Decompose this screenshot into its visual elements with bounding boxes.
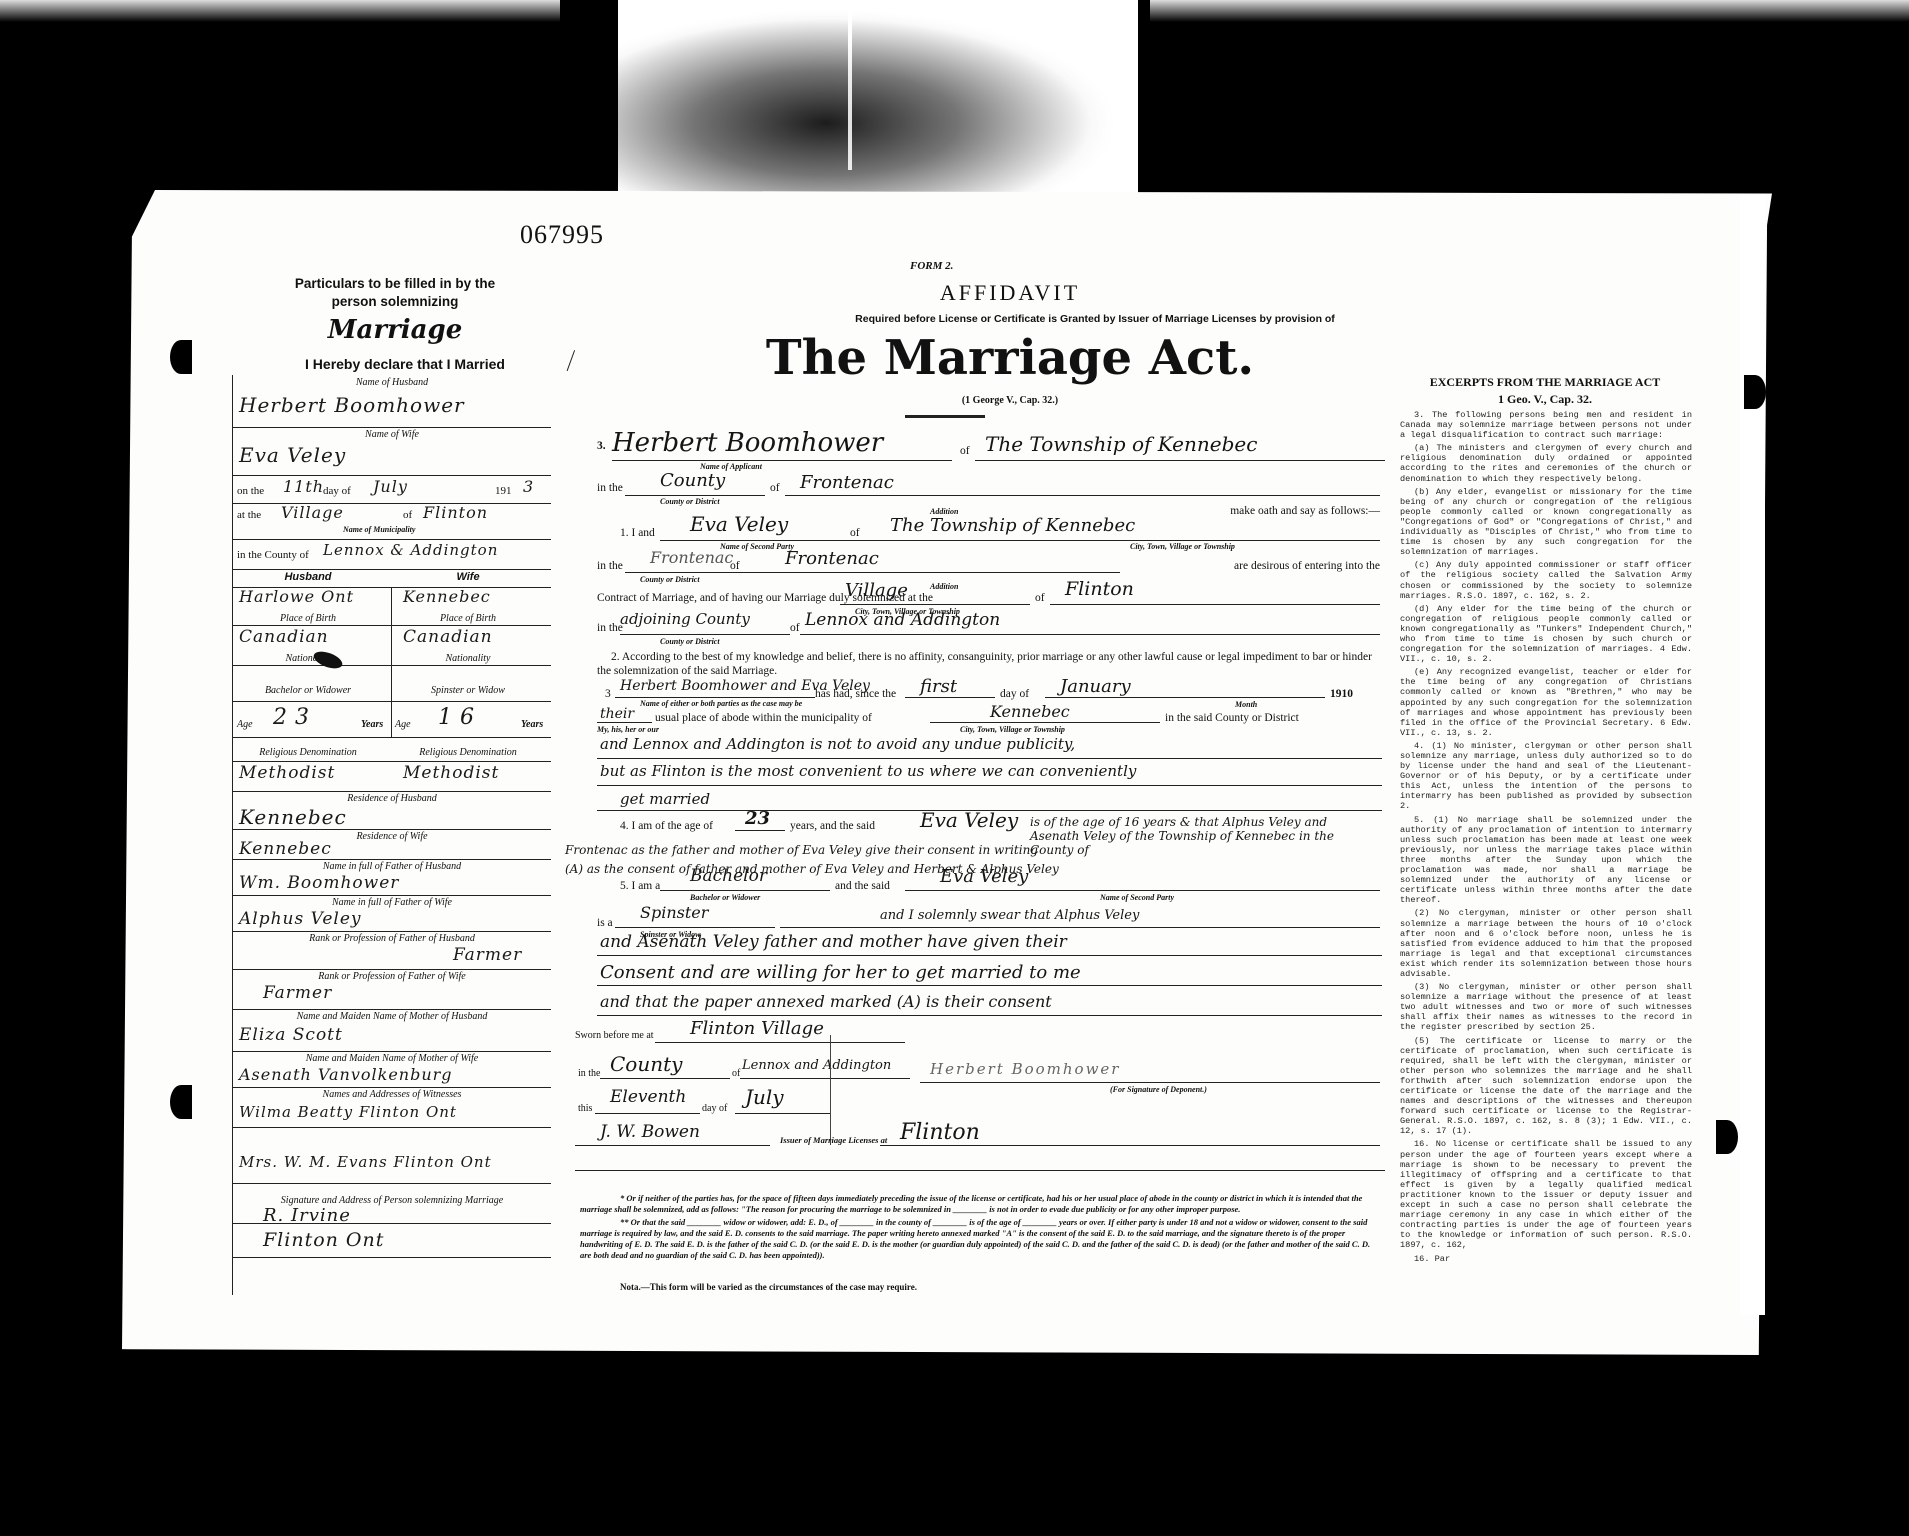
field-label: day of xyxy=(323,485,351,497)
husband-name-value: Herbert Boomhower xyxy=(239,393,465,417)
excerpt-paragraph: 16. Par xyxy=(1400,1254,1692,1264)
field-caption: County or District xyxy=(660,637,720,646)
paragraph-5-lead: 5. I am a xyxy=(620,880,660,892)
scan-edge-top-left xyxy=(0,0,560,22)
paragraph-4-lead: 4. I am of the age of xyxy=(620,820,713,832)
field-line xyxy=(597,758,1382,759)
field-label: years, and the said xyxy=(790,820,875,832)
act-title: The Marriage Act. xyxy=(700,330,1320,386)
scan-edge-top-right xyxy=(1150,0,1909,22)
field-line xyxy=(597,722,652,723)
field-label: Name of Municipality xyxy=(343,525,415,534)
field-line xyxy=(975,460,1385,461)
field-label: of xyxy=(403,509,412,521)
sworn-county-type: County xyxy=(610,1052,682,1076)
paragraph-3-pronoun: their xyxy=(600,706,634,722)
solemnize-place-type: Village xyxy=(845,580,908,601)
father-husband-row: Name in full of Father of Husband Wm. Bo… xyxy=(233,859,551,896)
deponent-signature: Herbert Boomhower xyxy=(930,1060,1120,1078)
applicant-township: The Township of Kennebec xyxy=(985,432,1257,456)
applicant-name: Herbert Boomhower xyxy=(612,428,883,458)
year-value: 3 xyxy=(523,477,534,496)
declaration: I Hereby declare that I Married xyxy=(240,356,570,372)
residence-wife-row: Residence of Wife Kennebec xyxy=(233,829,551,860)
solemnize-place: Flinton xyxy=(1065,578,1134,600)
sworn-box-divider xyxy=(830,1035,831,1145)
field-label: on the xyxy=(237,485,264,497)
paragraph-3-month: January xyxy=(1060,676,1131,697)
field-label: day of xyxy=(1000,688,1029,700)
date-row: on the 11th day of July 191 3 xyxy=(233,475,551,504)
field-line xyxy=(870,540,1380,541)
wife-name-row: Name of Wife Eva Veley xyxy=(233,427,551,476)
bachelor-label: Bachelor or Widower xyxy=(233,685,383,696)
field-label: Place of Birth xyxy=(233,613,383,624)
place-type-value: Village xyxy=(281,503,344,522)
residence-wife-value: Kennebec xyxy=(239,839,332,859)
field-label: Religious Denomination xyxy=(233,747,383,758)
field-caption: Issuer of Marriage Licenses at xyxy=(780,1135,887,1145)
field-line xyxy=(930,722,1160,723)
section-rule xyxy=(575,1170,1385,1171)
field-line xyxy=(620,634,790,635)
witness-1-row: Names and Addresses of Witnesses Wilma B… xyxy=(233,1087,551,1128)
field-label: in the xyxy=(597,482,623,494)
field-line xyxy=(597,1015,1382,1016)
field-label: Age xyxy=(237,719,253,730)
paragraph-5-handwritten-3: Consent and are willing for her to get m… xyxy=(600,962,1081,983)
field-label: in the xyxy=(597,622,623,634)
field-line xyxy=(735,830,785,831)
father-wife-row: Name in full of Father of Wife Alphus Ve… xyxy=(233,895,551,932)
field-caption: My, his, her or our xyxy=(597,725,659,734)
field-label: Names and Addresses of Witnesses xyxy=(233,1089,551,1100)
paragraph-5-name: Eva Veley xyxy=(940,866,1028,887)
paragraph-3-reason-line-3: get married xyxy=(620,790,710,808)
act-citation: (1 George V., Cap. 32.) xyxy=(880,395,1140,406)
witness-2-value: Mrs. W. M. Evans Flinton Ont xyxy=(239,1153,492,1171)
husband-nationality-value: Canadian xyxy=(239,627,329,647)
field-line xyxy=(595,1113,700,1114)
religion-row: Methodist Methodist xyxy=(233,761,551,792)
field-caption: County or District xyxy=(660,497,720,506)
field-caption: Month xyxy=(1235,700,1257,709)
footnote-1: * Or if neither of the parties has, for … xyxy=(580,1193,1380,1215)
field-line xyxy=(597,955,1382,956)
overlapping-document-fragment xyxy=(618,0,1138,205)
field-label: Religious Denomination xyxy=(393,747,543,758)
excerpt-paragraph: (5) The certificate or license to marry … xyxy=(1400,1036,1692,1137)
solemnizer-address-row: Flinton Ont xyxy=(233,1223,551,1258)
excerpt-paragraph: (d) Any elder for the time being of the … xyxy=(1400,604,1692,665)
rank-father-husband-value: Farmer xyxy=(453,945,522,965)
county-row: in the County of Lennox & Addington xyxy=(233,539,551,570)
field-label: of xyxy=(730,560,740,572)
paragraph-5-status-2: Spinster xyxy=(640,903,708,922)
field-line xyxy=(735,1113,830,1114)
sworn-day: Eleventh xyxy=(610,1087,686,1107)
field-line xyxy=(597,985,1382,986)
excerpts-subtitle: 1 Geo. V., Cap. 32. xyxy=(1395,392,1695,407)
binder-clip-icon xyxy=(170,340,196,376)
field-line xyxy=(625,572,765,573)
field-label: Years xyxy=(521,719,543,730)
title-rule xyxy=(905,415,985,418)
field-label: Name in full of Father of Wife xyxy=(233,897,551,908)
field-line xyxy=(840,604,1030,605)
field-line xyxy=(655,1042,905,1043)
field-label: in the said County or District xyxy=(1165,712,1299,724)
residence-husband-value: Kennebec xyxy=(239,805,347,829)
binder-clip-icon xyxy=(1712,1120,1738,1156)
paragraph-1-lead: 1. I and xyxy=(620,527,655,539)
heading-line-1: Particulars to be filled in by the xyxy=(230,275,560,293)
field-label: at the xyxy=(237,509,261,521)
field-label: and the said xyxy=(835,880,890,892)
excerpt-paragraph: (c) Any duly appointed commissioner or s… xyxy=(1400,560,1692,600)
paragraph-3-number: 3 xyxy=(605,688,611,700)
field-label: day of xyxy=(702,1103,727,1114)
paragraph-4-handwritten-2: Frontenac as the father and mother of Ev… xyxy=(565,843,1385,857)
excerpt-paragraph: (2) No clergyman, minister or other pers… xyxy=(1400,908,1692,979)
solemnize-county: Lennox and Addington xyxy=(805,610,1000,630)
field-label: of xyxy=(960,445,970,457)
father-husband-value: Wm. Boomhower xyxy=(239,873,399,893)
field-caption: Bachelor or Widower xyxy=(690,893,760,902)
field-line xyxy=(785,495,1380,496)
sworn-month: July xyxy=(745,1085,784,1109)
left-panel-heading: Particulars to be filled in by the perso… xyxy=(230,275,560,311)
excerpt-paragraph: 4. (1) No minister, clergyman or other p… xyxy=(1400,741,1692,812)
father-wife-value: Alphus Veley xyxy=(239,909,362,929)
field-label: Rank or Profession of Father of Husband xyxy=(233,933,551,944)
field-label: Place of Birth xyxy=(393,613,543,624)
sheet-edge xyxy=(1740,195,1765,1315)
nota: Nota.—This form will be varied as the ci… xyxy=(620,1282,917,1292)
wife-birthplace-value: Kennebec xyxy=(403,587,491,606)
form-label: FORM 2. xyxy=(910,260,953,272)
month-value: July xyxy=(373,477,408,496)
column-divider xyxy=(391,587,392,737)
binder-clip-icon xyxy=(170,1085,196,1121)
excerpt-paragraph: 3. The following persons being men and r… xyxy=(1400,410,1692,440)
husband-birthplace-value: Harlowe Ont xyxy=(239,587,354,606)
excerpt-paragraph: (a) The ministers and clergymen of every… xyxy=(1400,443,1692,483)
paragraph-4-age: 23 xyxy=(745,808,770,829)
field-label: in the xyxy=(578,1068,601,1079)
rank-father-husband-row: Rank or Profession of Father of Husband … xyxy=(233,931,551,970)
paragraph-5-handwritten-4: and that the paper annexed marked (A) is… xyxy=(600,992,1052,1011)
field-line xyxy=(575,1145,770,1146)
sworn-county: Lennox and Addington xyxy=(742,1058,891,1073)
field-caption: Addition xyxy=(930,582,958,591)
paragraph-3-year: 1910 xyxy=(1330,688,1353,700)
field-line xyxy=(660,890,830,891)
field-label: Name of Husband xyxy=(233,377,551,388)
paragraph-3-municipality: Kennebec xyxy=(990,702,1070,721)
excerpt-paragraph: (e) Any recognized evangelist, teacher o… xyxy=(1400,667,1692,738)
husband-name-row: Name of Husband Herbert Boomhower xyxy=(233,375,551,428)
field-line xyxy=(615,927,775,928)
year-prefix: 191 xyxy=(495,485,512,497)
excerpts-title: EXCERPTS FROM THE MARRIAGE ACT xyxy=(1395,375,1695,390)
footnote-2: ** Or that the said ________ widow or wi… xyxy=(580,1217,1380,1261)
field-label: Name and Maiden Name of Mother of Husban… xyxy=(233,1011,551,1022)
excerpt-paragraph: 16. No license or certificate shall be i… xyxy=(1400,1139,1692,1250)
field-label: Years xyxy=(361,719,383,730)
second-party-township: The Township of Kennebec xyxy=(890,515,1135,536)
field-label: in the County of xyxy=(237,549,309,561)
field-line xyxy=(1045,697,1325,698)
county-value: Lennox & Addington xyxy=(323,541,498,559)
paragraph-3-reason-line-2: but as Flinton is the most convenient to… xyxy=(600,762,1136,780)
field-label: Rank or Profession of Father of Wife xyxy=(233,971,551,982)
applicant-county: Frontenac xyxy=(800,472,894,493)
field-line xyxy=(612,460,952,461)
affidavit-title: AFFIDAVIT xyxy=(840,280,1180,306)
religion-label-row: Religious Denomination Religious Denomin… xyxy=(233,737,551,762)
excerpt-paragraph: (b) Any elder, evangelist or missionary … xyxy=(1400,487,1692,558)
desirous-text: are desirous of entering into the xyxy=(1130,560,1380,572)
paragraph-4-name: Eva Veley xyxy=(920,808,1018,832)
field-line xyxy=(740,1078,910,1079)
paragraph-5-status: Bachelor xyxy=(690,866,767,886)
field-label: this xyxy=(578,1103,592,1114)
mother-wife-value: Asenath Vanvolkenburg xyxy=(239,1065,453,1084)
mother-husband-row: Name and Maiden Name of Mother of Husban… xyxy=(233,1009,551,1052)
paragraph-5-handwritten-2: and Asenath Veley father and mother have… xyxy=(600,932,1067,952)
place-row: at the Village of Flinton Name of Munici… xyxy=(233,503,551,540)
field-label: Nationality xyxy=(393,653,543,664)
witness-1-value: Wilma Beatty Flinton Ont xyxy=(239,1103,457,1121)
field-line xyxy=(750,572,1120,573)
field-caption: Name of Second Party xyxy=(1100,893,1174,902)
field-line xyxy=(920,1082,1380,1083)
wife-age-value: 16 xyxy=(438,705,482,730)
left-panel-title: Marriage xyxy=(230,315,560,345)
field-label: of xyxy=(850,527,860,539)
issuer-place: Flinton xyxy=(900,1120,980,1145)
rank-father-wife-row: Rank or Profession of Father of Wife Far… xyxy=(233,969,551,1010)
field-label: of xyxy=(1035,592,1045,604)
excerpts-body: 3. The following persons being men and r… xyxy=(1400,410,1692,1267)
heading-line-2: person solemnizing xyxy=(230,293,560,311)
document-number: 067995 xyxy=(520,220,604,250)
required-line: Required before License or Certificate i… xyxy=(620,313,1570,325)
field-line xyxy=(1050,604,1380,605)
wife-nationality-value: Canadian xyxy=(403,627,493,647)
witness-2-row: Mrs. W. M. Evans Flinton Ont xyxy=(233,1127,551,1184)
issuer-signature: J. W. Bowen xyxy=(600,1122,700,1142)
field-label: Name of Wife xyxy=(233,429,551,440)
field-line xyxy=(905,697,995,698)
field-label: in the xyxy=(597,560,623,572)
mother-husband-value: Eliza Scott xyxy=(239,1025,343,1045)
field-caption: County or District xyxy=(640,575,700,584)
paragraph-3-day: first xyxy=(920,676,957,697)
field-label: of xyxy=(770,482,780,494)
second-county-type: Frontenac xyxy=(650,548,733,567)
field-label: Nationality xyxy=(233,653,383,664)
paragraph-5-handwritten-1: and I solemnly swear that Alphus Veley xyxy=(880,908,1139,923)
wife-religion-value: Methodist xyxy=(403,763,499,783)
field-line xyxy=(597,785,1382,786)
residence-husband-row: Residence of Husband Kennebec xyxy=(233,791,551,830)
field-label: Name and Maiden Name of Mother of Wife xyxy=(233,1053,551,1064)
field-label: usual place of abode within the municipa… xyxy=(655,712,872,724)
field-label: Residence of Husband xyxy=(233,793,551,804)
field-caption: Name of either or both parties as the ca… xyxy=(640,699,802,708)
applicant-number: 3. xyxy=(597,440,606,452)
field-label: Age xyxy=(395,719,411,730)
applicant-county-type: County xyxy=(660,470,725,491)
second-party-name: Eva Veley xyxy=(690,512,788,536)
excerpt-paragraph: (3) No clergyman, minister or other pers… xyxy=(1400,982,1692,1032)
field-line xyxy=(880,1145,1380,1146)
paragraph-3-reason-line-1: and Lennox and Addington is not to avoid… xyxy=(600,735,1075,753)
municipality-value: Flinton xyxy=(423,503,488,522)
rank-father-wife-value: Farmer xyxy=(263,983,332,1003)
field-caption: (For Signature of Deponent.) xyxy=(1110,1085,1207,1094)
field-label: has had, since the xyxy=(815,688,896,700)
sworn-label: Sworn before me at xyxy=(575,1030,654,1041)
field-label: of xyxy=(790,622,800,634)
footnotes: * Or if neither of the parties has, for … xyxy=(580,1193,1380,1261)
husband-religion-value: Methodist xyxy=(239,763,335,783)
sworn-place: Flinton Village xyxy=(690,1018,824,1039)
field-caption: City, Town, Village or Township xyxy=(1130,542,1235,551)
husband-column-header: Husband xyxy=(233,571,383,583)
field-line xyxy=(800,634,1380,635)
binder-clip-icon xyxy=(1740,375,1766,411)
solemnizer-address-value: Flinton Ont xyxy=(263,1229,384,1251)
field-line xyxy=(780,927,1380,928)
field-line xyxy=(905,890,1380,891)
column-headers: Husband Wife xyxy=(233,569,551,588)
field-label: Name in full of Father of Husband xyxy=(233,861,551,872)
field-caption: City, Town, Village or Township xyxy=(960,725,1065,734)
solemnizer-row: Signature and Address of Person solemniz… xyxy=(233,1183,551,1224)
wife-column-header: Wife xyxy=(393,571,543,583)
spinster-label: Spinster or Widow xyxy=(393,685,543,696)
wife-name-value: Eva Veley xyxy=(239,443,346,467)
husband-age-value: 23 xyxy=(273,705,317,730)
particulars-form: Name of Husband Herbert Boomhower Name o… xyxy=(232,375,553,1295)
field-line xyxy=(600,1078,730,1079)
excerpt-paragraph: 5. (1) No marriage shall be solemnized u… xyxy=(1400,815,1692,906)
solemnize-county-type: adjoining County xyxy=(620,610,750,628)
second-county: Frontenac xyxy=(785,548,879,569)
mother-wife-row: Name and Maiden Name of Mother of Wife A… xyxy=(233,1051,551,1088)
field-label: is a xyxy=(597,917,613,929)
day-value: 11th xyxy=(283,477,324,496)
paragraph-2: 2. According to the best of my knowledge… xyxy=(597,650,1382,678)
